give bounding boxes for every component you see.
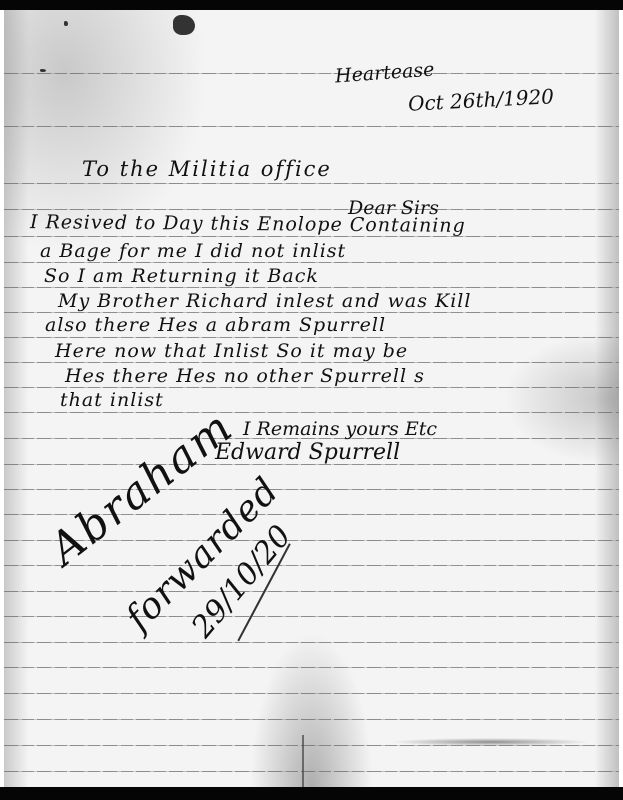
paper-crease bbox=[302, 735, 304, 787]
ruled-line bbox=[4, 183, 619, 184]
letter-signature: Edward Spurrell bbox=[215, 440, 400, 465]
ruled-line bbox=[4, 591, 619, 592]
body-line-8: that inlist bbox=[60, 389, 164, 411]
ruled-line bbox=[4, 667, 619, 668]
ruled-line bbox=[4, 693, 619, 694]
paper-speck bbox=[64, 21, 68, 26]
ruled-line bbox=[4, 565, 619, 566]
ruled-line bbox=[4, 616, 619, 617]
body-line-4: My Brother Richard inlest and was Kill bbox=[58, 290, 471, 312]
ruled-line bbox=[4, 412, 619, 413]
scan-border-bottom bbox=[0, 787, 623, 800]
body-line-1: I Resived to Day this Enolope Containing bbox=[30, 211, 466, 237]
ink-smudge bbox=[390, 738, 590, 746]
scanned-letter: Heartease Oct 26th/1920 To the Militia o… bbox=[0, 0, 623, 800]
body-line-6: Here now that Inlist So it may be bbox=[55, 340, 408, 362]
letter-addressee: To the Militia office bbox=[82, 157, 332, 181]
ruled-line bbox=[4, 236, 619, 237]
ruled-line bbox=[4, 719, 619, 720]
ruled-line bbox=[4, 642, 619, 643]
paper-speck bbox=[40, 69, 46, 72]
ruled-line bbox=[4, 362, 619, 363]
body-line-3: So I am Returning it Back bbox=[44, 265, 319, 287]
ruled-line bbox=[4, 312, 619, 313]
paper-blot bbox=[173, 15, 195, 35]
scan-border-top bbox=[0, 0, 623, 10]
ruled-line bbox=[4, 209, 619, 210]
body-line-7: Hes there Hes no other Spurrell s bbox=[65, 365, 425, 387]
body-line-5: also there Hes a abram Spurrell bbox=[45, 314, 386, 336]
ruled-line bbox=[4, 126, 619, 127]
ruled-line bbox=[4, 337, 619, 338]
ruled-line bbox=[4, 387, 619, 388]
ruled-line bbox=[4, 73, 619, 74]
ruled-line bbox=[4, 287, 619, 288]
letter-closing: I Remains yours Etc bbox=[243, 418, 437, 440]
ruled-line bbox=[4, 771, 619, 772]
ruled-line bbox=[4, 262, 619, 263]
body-line-2: a Bage for me I did not inlist bbox=[40, 240, 346, 262]
